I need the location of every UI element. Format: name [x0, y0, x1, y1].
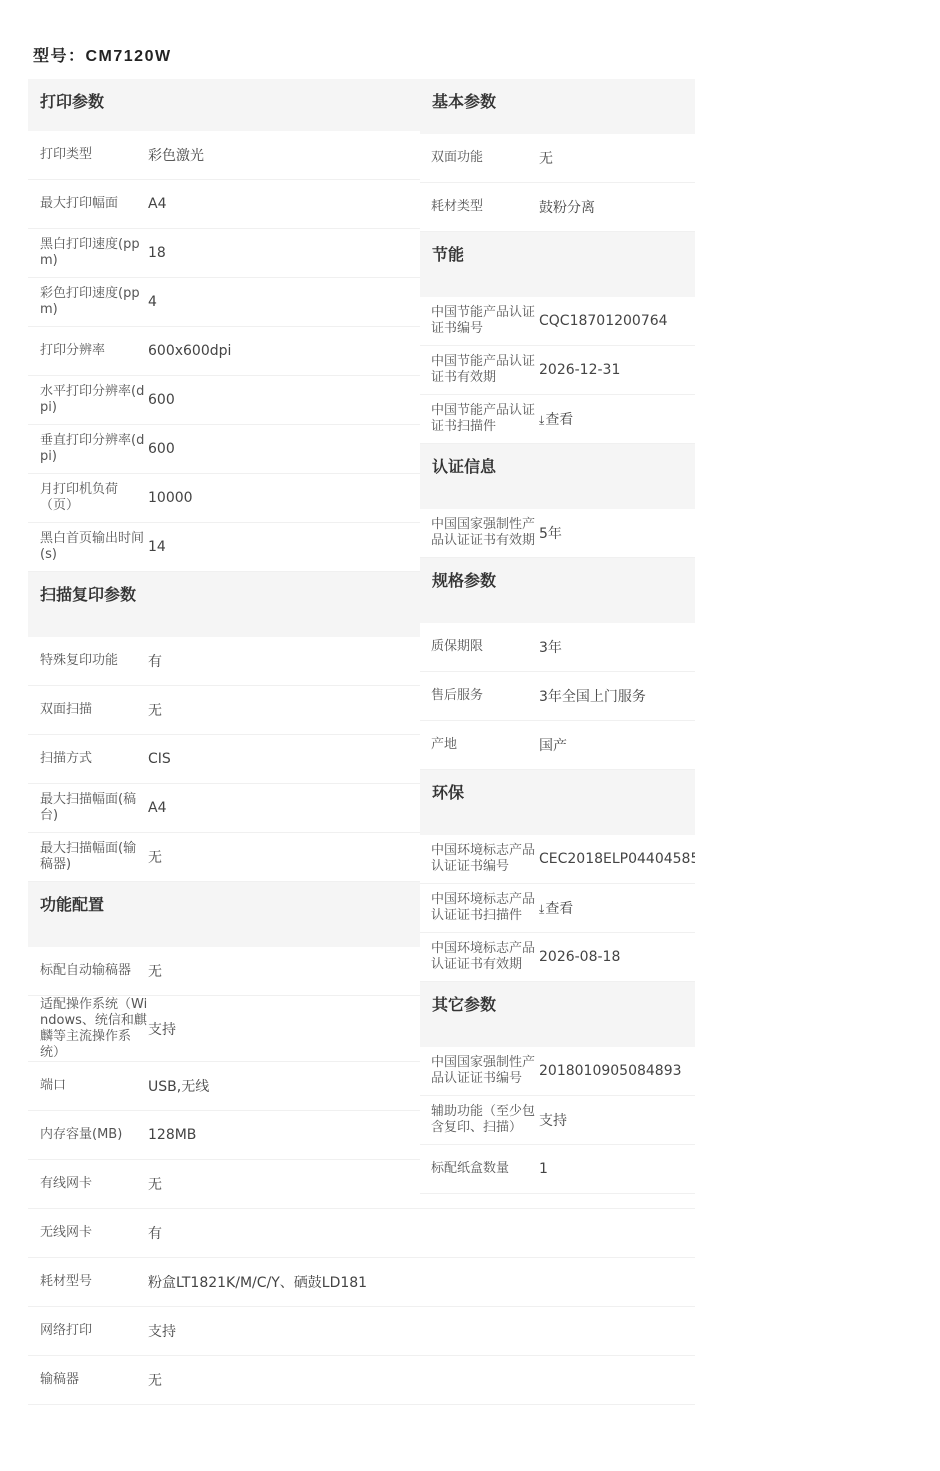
spec-value: 支持: [539, 1110, 695, 1130]
spec-value: 1: [539, 1161, 695, 1177]
spec-label: 垂直打印分辨率(dpi): [28, 433, 148, 465]
spec-label: 产地: [420, 737, 539, 753]
spec-row: 产地国产: [420, 721, 695, 770]
spec-value: 2026-12-31: [539, 362, 695, 378]
spec-value: CEC2018ELP04404585: [539, 851, 695, 867]
spec-section: 认证信息中国国家强制性产品认证证书有效期5年: [420, 444, 695, 558]
section-title: 环保: [420, 770, 695, 835]
spec-value: 2026-08-18: [539, 949, 695, 965]
spec-label: 打印类型: [28, 147, 148, 163]
spec-label: 标配自动输稿器: [28, 963, 148, 979]
spec-row: 中国节能产品认证证书扫描件⤓查看: [420, 395, 695, 444]
right-spec-column: 基本参数双面功能无耗材类型鼓粉分离节能中国节能产品认证证书编号CQC187012…: [420, 79, 695, 1194]
spec-label: 适配操作系统（Windows、统信和麒麟等主流操作系统）: [28, 997, 148, 1061]
spec-row: 中国环境标志产品认证证书扫描件⤓查看: [420, 884, 695, 933]
view-link[interactable]: ⤓查看: [539, 901, 573, 917]
spec-row: 耗材型号粉盒LT1821K/M/C/Y、硒鼓LD181: [28, 1258, 695, 1307]
spec-label: 中国环境标志产品认证证书扫描件: [420, 892, 539, 924]
section-title: 基本参数: [420, 79, 695, 134]
download-icon: ⤓: [539, 902, 544, 916]
spec-row: 中国节能产品认证证书编号CQC18701200764: [420, 297, 695, 346]
spec-label: 扫描方式: [28, 751, 148, 767]
spec-label: 双面扫描: [28, 702, 148, 718]
spec-value: 无: [539, 148, 695, 168]
spec-label: 最大扫描幅面(稿台): [28, 792, 148, 824]
view-link-label: 查看: [545, 412, 573, 428]
spec-section: 功能配置标配自动输稿器无适配操作系统（Windows、统信和麒麟等主流操作系统）…: [28, 882, 420, 1405]
spec-value: 2018010905084893: [539, 1063, 695, 1079]
spec-label: 中国环境标志产品认证证书编号: [420, 843, 539, 875]
spec-label: 打印分辨率: [28, 343, 148, 359]
spec-label: 辅助功能（至少包含复印、扫描）: [420, 1104, 539, 1136]
spec-label: 质保期限: [420, 639, 539, 655]
spec-row: 质保期限3年: [420, 623, 695, 672]
spec-label: 最大打印幅面: [28, 196, 148, 212]
spec-value: CQC18701200764: [539, 313, 695, 329]
spec-value: 支持: [148, 1321, 695, 1341]
spec-label: 输稿器: [28, 1372, 148, 1388]
spec-label: 水平打印分辨率(dpi): [28, 384, 148, 416]
spec-section: 其它参数中国国家强制性产品认证证书编号2018010905084893辅助功能（…: [420, 982, 695, 1194]
spec-label: 中国节能产品认证证书扫描件: [420, 403, 539, 435]
spec-label: 有线网卡: [28, 1176, 148, 1192]
spec-label: 耗材类型: [420, 199, 539, 215]
spec-section: 基本参数双面功能无耗材类型鼓粉分离: [420, 79, 695, 232]
spec-label: 最大扫描幅面(输稿器): [28, 841, 148, 873]
spec-label: 内存容量(MB): [28, 1127, 148, 1143]
spec-value: 3年: [539, 637, 695, 657]
spec-label: 黑白首页输出时间(s): [28, 531, 148, 563]
section-title: 打印参数: [28, 79, 420, 131]
spec-section: 节能中国节能产品认证证书编号CQC18701200764中国节能产品认证证书有效…: [420, 232, 695, 444]
spec-section: 扫描复印参数特殊复印功能有双面扫描无扫描方式CIS最大扫描幅面(稿台)A4最大扫…: [28, 572, 420, 882]
spec-label: 中国节能产品认证证书编号: [420, 305, 539, 337]
section-title: 节能: [420, 232, 695, 297]
spec-label: 中国环境标志产品认证证书有效期: [420, 941, 539, 973]
section-title: 扫描复印参数: [28, 572, 420, 637]
spec-label: 耗材型号: [28, 1274, 148, 1290]
spec-label: 无线网卡: [28, 1225, 148, 1241]
spec-value: 粉盒LT1821K/M/C/Y、硒鼓LD181: [148, 1272, 695, 1292]
view-scan-link[interactable]: ⤓查看: [539, 898, 695, 918]
view-link-label: 查看: [545, 901, 573, 917]
view-scan-link[interactable]: ⤓查看: [539, 409, 695, 429]
section-title: 认证信息: [420, 444, 695, 509]
spec-row: 无线网卡有: [28, 1209, 695, 1258]
spec-value: 无: [148, 1370, 695, 1390]
spec-row: 标配纸盒数量1: [420, 1145, 695, 1194]
spec-row: 辅助功能（至少包含复印、扫描）支持: [420, 1096, 695, 1145]
spec-row: 中国节能产品认证证书有效期2026-12-31: [420, 346, 695, 395]
section-title: 功能配置: [28, 882, 420, 947]
section-title: 其它参数: [420, 982, 695, 1047]
spec-row: 售后服务3年全国上门服务: [420, 672, 695, 721]
spec-value: 鼓粉分离: [539, 197, 695, 217]
download-icon: ⤓: [539, 413, 544, 427]
spec-label: 特殊复印功能: [28, 653, 148, 669]
spec-section: 环保中国环境标志产品认证证书编号CEC2018ELP04404585中国环境标志…: [420, 770, 695, 982]
spec-value: 有: [148, 1223, 695, 1243]
model-title: 型号：CM7120W: [33, 43, 172, 66]
spec-value: 5年: [539, 523, 695, 543]
left-spec-column: 打印参数打印类型彩色激光最大打印幅面A4黑白打印速度(ppm)18彩色打印速度(…: [28, 79, 420, 1405]
spec-label: 月打印机负荷（页）: [28, 482, 148, 514]
view-link[interactable]: ⤓查看: [539, 412, 573, 428]
spec-row: 中国环境标志产品认证证书编号CEC2018ELP04404585: [420, 835, 695, 884]
spec-label: 双面功能: [420, 150, 539, 166]
spec-row: 网络打印支持: [28, 1307, 695, 1356]
spec-section: 打印参数打印类型彩色激光最大打印幅面A4黑白打印速度(ppm)18彩色打印速度(…: [28, 79, 420, 572]
spec-row: 双面功能无: [420, 134, 695, 183]
spec-section: 规格参数质保期限3年售后服务3年全国上门服务产地国产: [420, 558, 695, 770]
spec-row: 中国国家强制性产品认证证书编号2018010905084893: [420, 1047, 695, 1096]
spec-label: 中国节能产品认证证书有效期: [420, 354, 539, 386]
spec-label: 中国国家强制性产品认证证书有效期: [420, 517, 539, 549]
spec-label: 黑白打印速度(ppm): [28, 237, 148, 269]
spec-value: 国产: [539, 735, 695, 755]
spec-row: 耗材类型鼓粉分离: [420, 183, 695, 232]
spec-label: 中国国家强制性产品认证证书编号: [420, 1055, 539, 1087]
spec-value: 3年全国上门服务: [539, 686, 695, 706]
spec-label: 网络打印: [28, 1323, 148, 1339]
spec-label: 售后服务: [420, 688, 539, 704]
spec-row: 中国环境标志产品认证证书有效期2026-08-18: [420, 933, 695, 982]
section-title: 规格参数: [420, 558, 695, 623]
spec-label: 标配纸盒数量: [420, 1161, 539, 1177]
spec-row: 输稿器无: [28, 1356, 695, 1405]
spec-label: 彩色打印速度(ppm): [28, 286, 148, 318]
spec-label: 端口: [28, 1078, 148, 1094]
spec-row: 中国国家强制性产品认证证书有效期5年: [420, 509, 695, 558]
